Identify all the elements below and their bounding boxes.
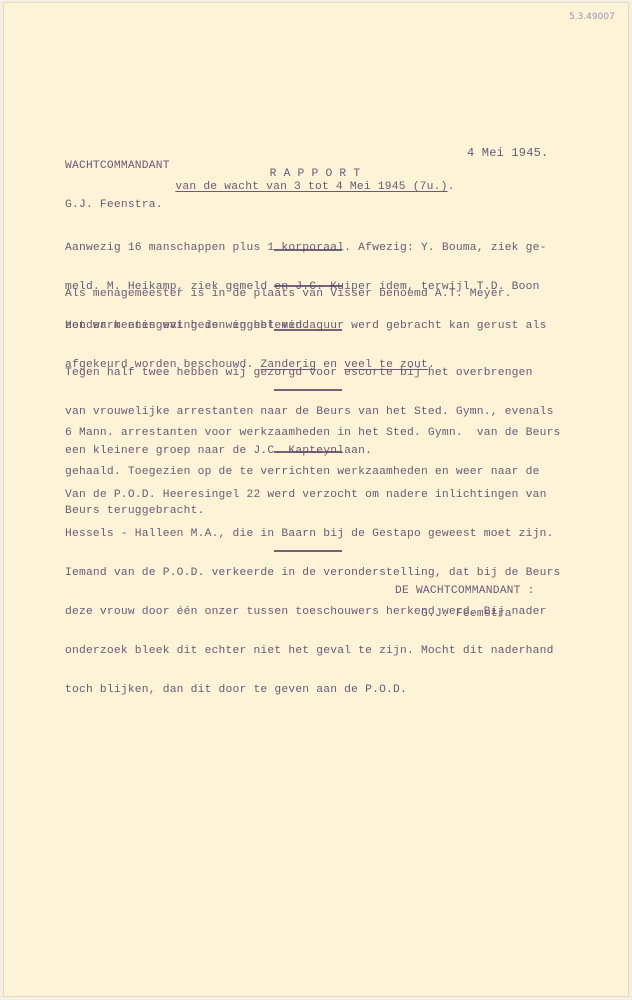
report-subheading-end: . [448, 181, 455, 193]
separator-line [274, 389, 342, 391]
paragraph-line: onderzoek bleek dit echter niet het geva… [65, 645, 625, 658]
paragraph-pod-request: Van de P.O.D. Heeresingel 22 werd verzoc… [65, 463, 625, 723]
report-subheading-text: van de wacht van 3 tot 4 Mei 1945 (7u.) [175, 181, 447, 193]
paragraph-line: Iemand van de P.O.D. verkeerde in de ver… [65, 567, 625, 580]
report-heading: R A P P O R T [0, 168, 631, 180]
separator-line [274, 249, 342, 251]
signature-name: G.J. Feemstra [421, 608, 512, 620]
paragraph-line: Van de P.O.D. Heeresingel 22 werd verzoc… [65, 489, 625, 502]
separator-line [274, 550, 342, 552]
separator-line [274, 451, 342, 453]
paragraph-line: Tegen half twee hebben wij gezorgd voor … [65, 367, 625, 380]
paragraph-line: 6 Mann. arrestanten voor werkzaamheden i… [65, 427, 625, 440]
separator-line [274, 285, 342, 287]
document-date: 4 Mei 1945. [467, 146, 548, 160]
paragraph-line: Hessels - Halleen M.A., die in Baarn bij… [65, 528, 625, 541]
paragraph-line: deze vrouw door één onzer tussen toescho… [65, 606, 625, 619]
archive-number: 5.3.49007 [569, 12, 615, 22]
paragraph-line: toch blijken, dan dit door te geven aan … [65, 684, 625, 697]
report-subheading: van de wacht van 3 tot 4 Mei 1945 (7u.). [0, 181, 631, 193]
document-page: 5.3.49007 WACHTCOMMANDANT G.J. Feenstra.… [3, 2, 629, 997]
separator-line [274, 329, 342, 331]
sender-name: G.J. Feenstra. [65, 199, 170, 212]
paragraph-line: Aanwezig 16 manschappen plus 1 korporaal… [65, 242, 625, 255]
paragraph-line: Het warm eten wat heden in het middaguur… [65, 320, 625, 333]
signature-title: DE WACHTCOMMANDANT : [395, 585, 535, 597]
